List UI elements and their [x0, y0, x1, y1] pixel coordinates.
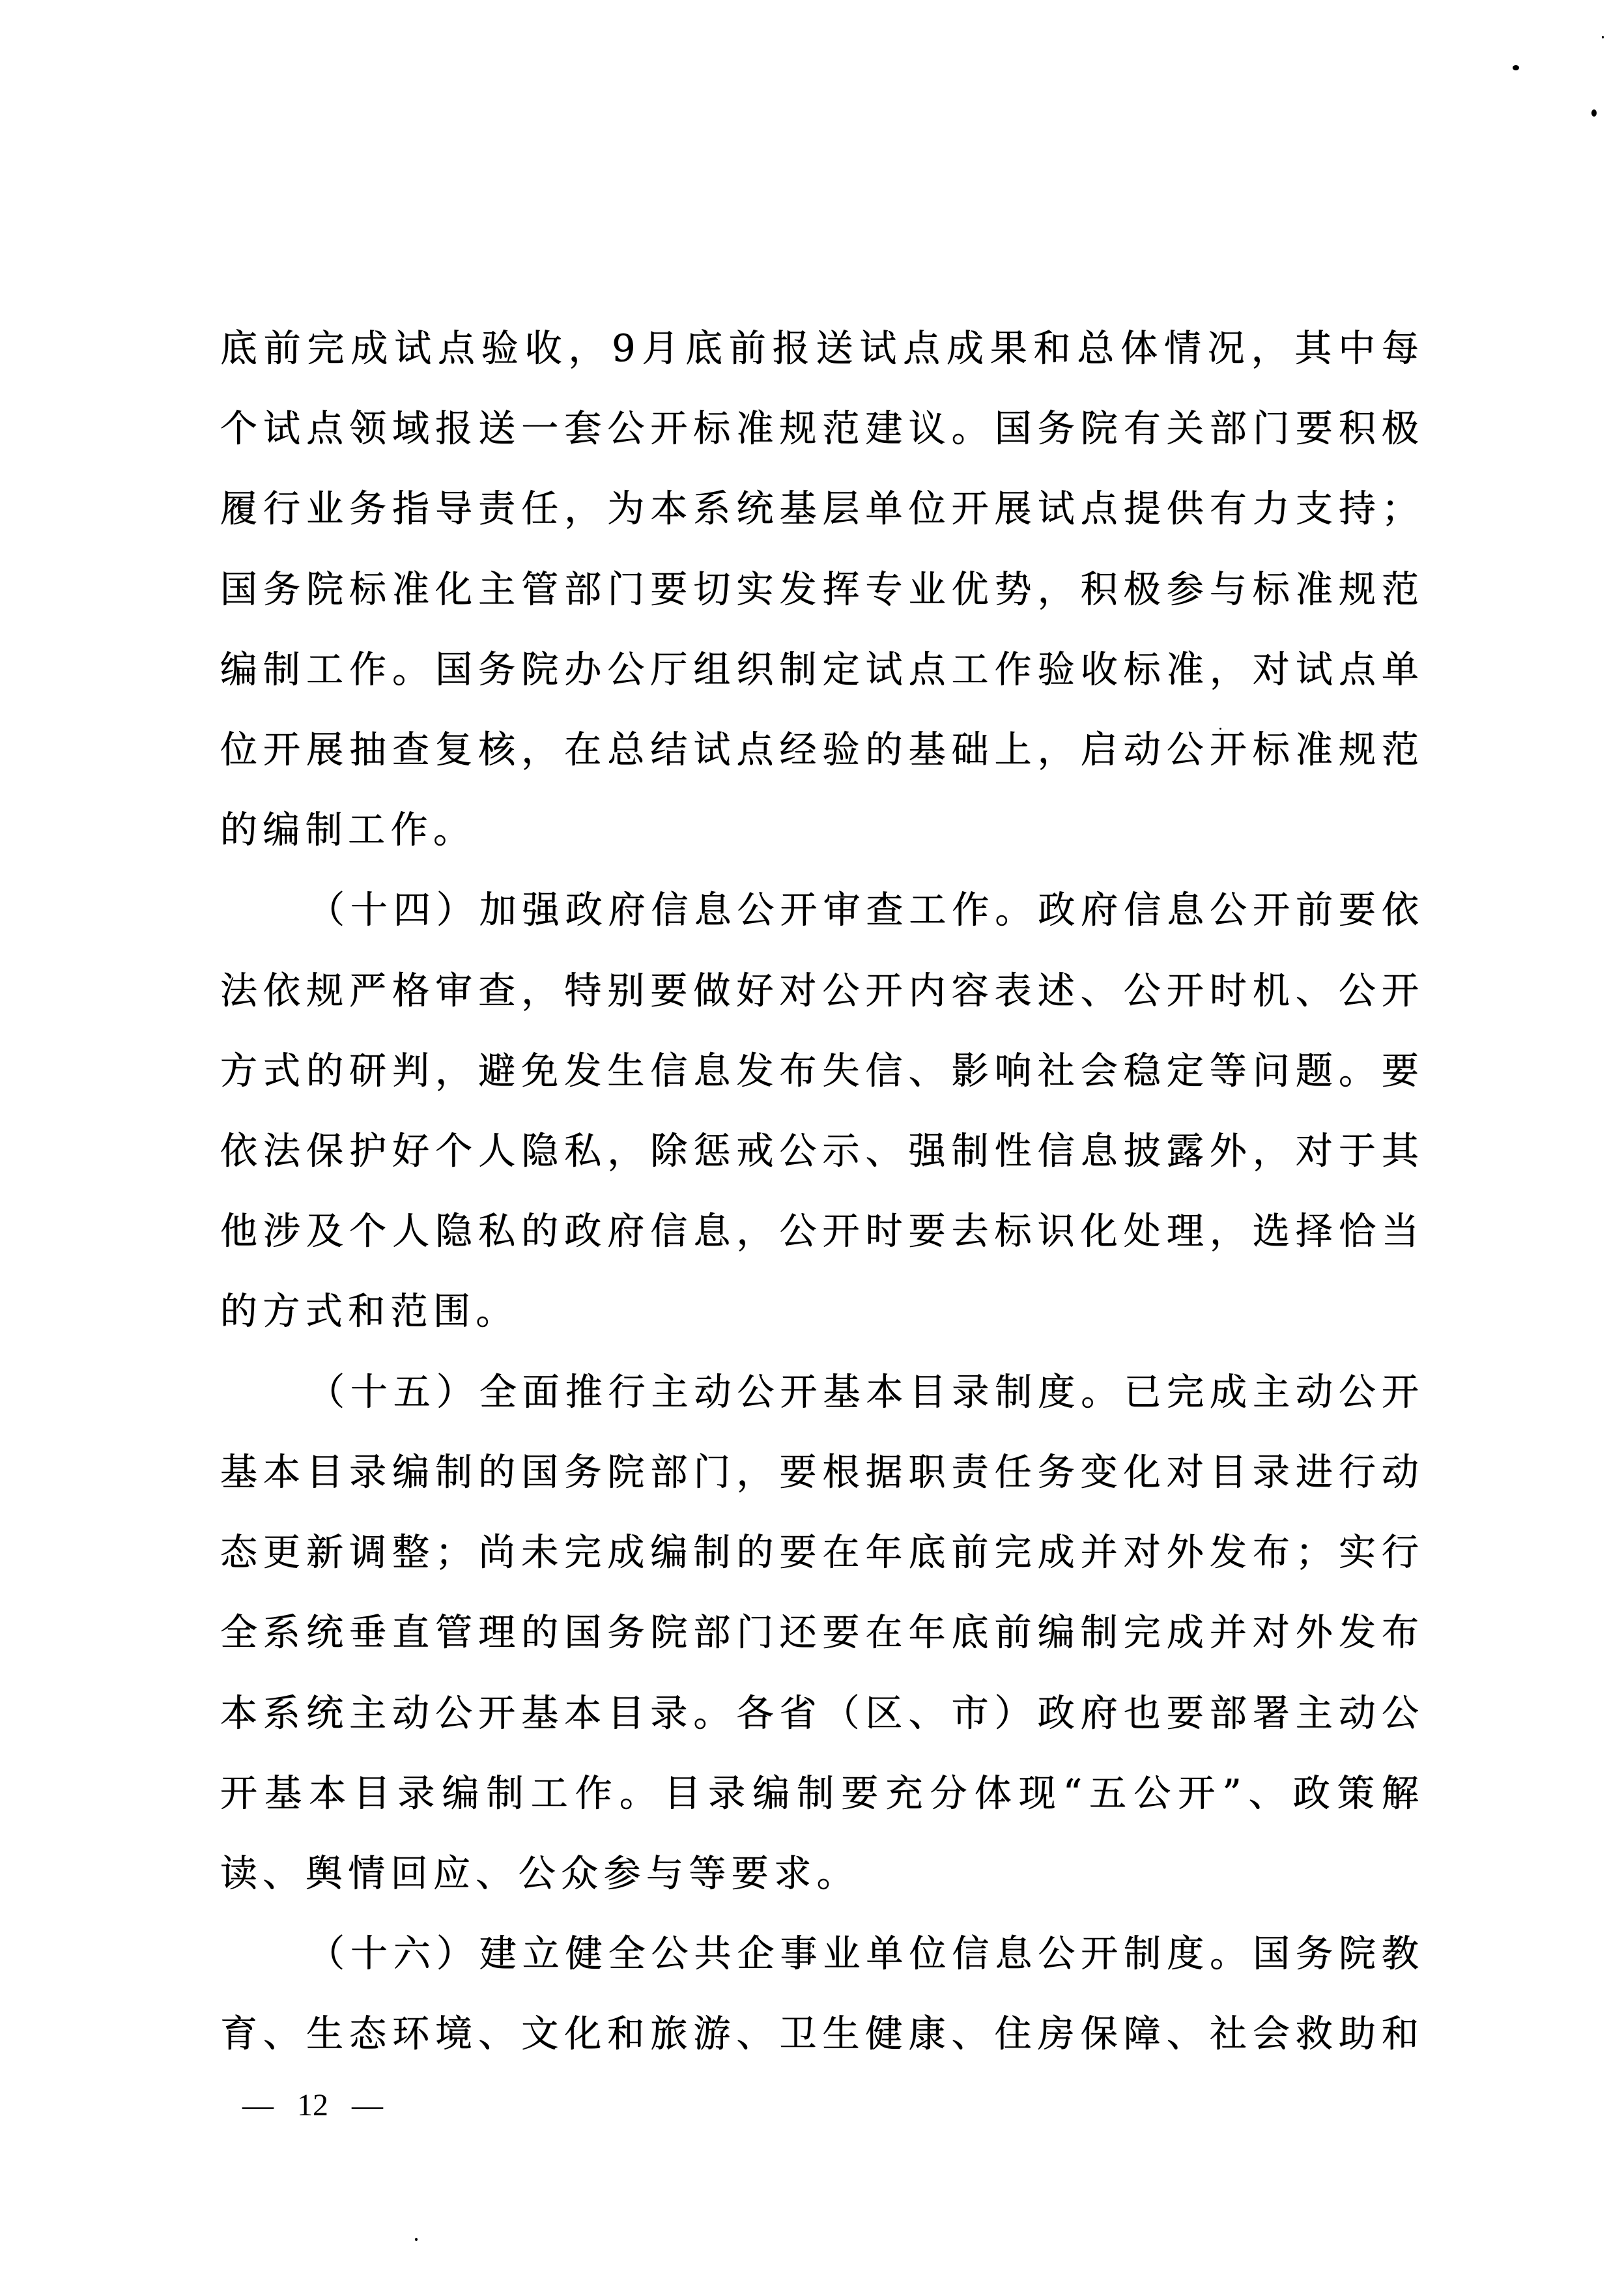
text-line: 基本目录编制的国务院部门，要根据职责任务变化对目录进行动 [220, 1451, 1419, 1494]
text-line: 履行业务指导责任，为本系统基层单位开展试点提供有力支持； [220, 487, 1419, 530]
text-line: 全系统垂直管理的国务院部门还要在年底前编制完成并对外发布 [220, 1611, 1419, 1654]
scan-speck [1513, 65, 1519, 70]
text-line: 本系统主动公开基本目录。各省（区、市）政府也要部署主动公 [220, 1692, 1419, 1735]
scan-speck [1602, 36, 1604, 38]
document-page: 底前完成试点验收，9月底前报送试点成果和总体情况，其中每 个试点领域报送一套公开… [0, 0, 1624, 2286]
text-line: 国务院标准化主管部门要切实发挥专业优势，积极参与标准规范 [220, 568, 1419, 611]
text-line: 开基本目录编制工作。目录编制要充分体现“五公开”、政策解 [220, 1772, 1419, 1815]
text-line: 读、舆情回应、公众参与等要求。 [220, 1852, 859, 1895]
scan-speck [1219, 728, 1221, 730]
section-heading-line: （十五）全面推行主动公开基本目录制度。已完成主动公开 [307, 1371, 1419, 1414]
scan-speck [1591, 109, 1597, 117]
text-line: 编制工作。国务院办公厅组织制定试点工作验收标准，对试点单 [220, 648, 1419, 691]
text-line: 他涉及个人隐私的政府信息，公开时要去标识化处理，选择恰当 [220, 1210, 1419, 1253]
text-line: 的方式和范围。 [220, 1290, 519, 1333]
text-line: 态更新调整；尚未完成编制的要在年底前完成并对外发布；实行 [220, 1531, 1419, 1574]
text-line: 育、生态环境、文化和旅游、卫生健康、住房保障、社会救助和 [220, 2012, 1419, 2055]
text-line: 依法保护好个人隐私，除惩戒公示、强制性信息披露外，对于其 [220, 1130, 1419, 1173]
text-line: 方式的研判，避免发生信息发布失信、影响社会稳定等问题。要 [220, 1050, 1419, 1093]
text-line: 的编制工作。 [220, 808, 476, 851]
section-heading-line: （十四）加强政府信息公开审查工作。政府信息公开前要依 [307, 889, 1419, 932]
text-line: 个试点领域报送一套公开标准规范建议。国务院有关部门要积极 [220, 407, 1419, 450]
text-line: 底前完成试点验收，9月底前报送试点成果和总体情况，其中每 [220, 327, 1419, 370]
page-number: — 12 — [242, 2087, 383, 2124]
section-heading-line: （十六）建立健全公共企事业单位信息公开制度。国务院教 [307, 1932, 1419, 1975]
text-line: 位开展抽查复核，在总结试点经验的基础上，启动公开标准规范 [220, 728, 1419, 771]
text-line: 法依规严格审查，特别要做好对公开内容表述、公开时机、公开 [220, 969, 1419, 1012]
scan-speck [812, 1945, 814, 1948]
scan-speck [415, 2238, 418, 2241]
